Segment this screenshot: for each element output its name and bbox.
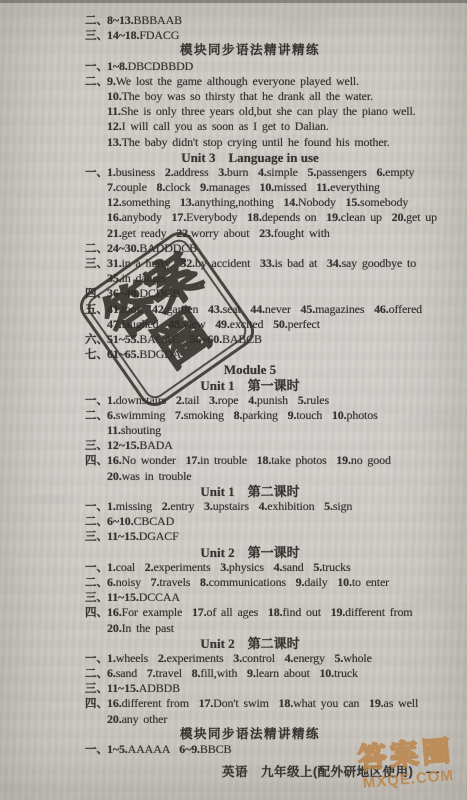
answer-text: 16.different from 17.Don't swim 18.what … xyxy=(107,696,418,710)
list-marker: 二、 xyxy=(85,75,107,90)
list-marker: 三、 xyxy=(85,591,107,606)
answer-line: 二、6~10.CBCAD xyxy=(85,514,415,529)
answer-line: 二、6.noisy 7.travels 8.communications 9.d… xyxy=(85,575,415,590)
answer-text: 11~15.DCCAA xyxy=(107,590,180,604)
answer-text: 11.shouting xyxy=(107,423,161,437)
list-marker: 二、 xyxy=(85,667,107,682)
answer-line: 三、12~15.BADA xyxy=(85,438,415,453)
list-marker: 四、 xyxy=(85,697,107,712)
answer-line: 11.She is only three years old,but she c… xyxy=(85,104,415,119)
answer-text: 13.The baby didn't stop crying until he … xyxy=(107,135,390,149)
answer-text: 1.wheels 2.experiments 3.control 4.energ… xyxy=(107,651,372,665)
answer-line: 20.In the past xyxy=(85,621,415,636)
list-marker: 二、 xyxy=(85,576,107,591)
answer-text: 11~15.ADBDB xyxy=(107,681,180,695)
list-marker: 三、 xyxy=(85,257,107,272)
list-marker: 一、 xyxy=(85,500,107,515)
section-heading: Unit 1 第二课时 xyxy=(85,484,415,499)
answer-text: 20.was in trouble xyxy=(107,469,191,483)
answer-line: 二、9.We lost the game although everyone p… xyxy=(85,74,415,89)
answer-text: 12.something 13.anything,nothing 14.Nobo… xyxy=(107,195,408,209)
list-marker: 一、 xyxy=(85,743,107,758)
answer-text: 7.couple 8.clock 9.manages 10.missed 11.… xyxy=(107,180,380,194)
answer-text: 6.sand 7.travel 8.fill,with 9.learn abou… xyxy=(107,666,358,680)
answer-text: 10.The boy was so thirsty that he drank … xyxy=(107,89,373,103)
list-marker: 二、 xyxy=(85,515,107,530)
answer-text: 6~10.CBCAD xyxy=(107,514,174,528)
answer-text: 1.coal 2.experiments 3.physics 4.sand 5.… xyxy=(107,560,351,574)
answer-line: 11.shouting xyxy=(85,423,415,438)
list-marker: 四、 xyxy=(85,454,107,469)
answer-line: 12.I will call you as soon as I get to D… xyxy=(85,119,415,134)
list-marker: 一、 xyxy=(85,60,107,75)
answer-line: 三、14~18.FDACG xyxy=(85,28,415,43)
answer-line: 四、16.For example 17.of all ages 18.find … xyxy=(85,605,415,620)
answer-text: 21.get ready 22.worry about 23.fought wi… xyxy=(107,226,330,240)
answer-line: 21.get ready 22.worry about 23.fought wi… xyxy=(85,226,415,241)
list-marker: 一、 xyxy=(85,394,107,409)
list-marker: 二、 xyxy=(85,409,107,424)
answer-text: 12~15.BADA xyxy=(107,438,173,452)
answer-line: 四、16.different from 17.Don't swim 18.wha… xyxy=(85,696,415,711)
answer-line: 一、1.wheels 2.experiments 3.control 4.ene… xyxy=(85,651,415,666)
answer-text: 1.business 2.address 3.burn 4.simple 5.p… xyxy=(107,165,414,179)
answer-text: 16.For example 17.of all ages 18.find ou… xyxy=(107,605,413,619)
answer-text: 16.anybody 17.Everybody 18.depends on 19… xyxy=(107,210,437,224)
list-marker: 二、 xyxy=(85,14,107,29)
answer-text: 11~15.DGACF xyxy=(107,529,179,543)
section-heading: Unit 3 Language in use xyxy=(85,150,415,165)
answer-line: 12.something 13.anything,nothing 14.Nobo… xyxy=(85,195,415,210)
answer-line: 一、1.missing 2.entry 3.upstairs 4.exhibit… xyxy=(85,499,415,514)
answer-text: 12.I will call you as soon as I get to D… xyxy=(107,119,329,133)
answer-line: 20.was in trouble xyxy=(85,469,415,484)
answer-line: 一、1.business 2.address 3.burn 4.simple 5… xyxy=(85,165,415,180)
answer-line: 二、6.sand 7.travel 8.fill,with 9.learn ab… xyxy=(85,666,415,681)
list-marker: 三、 xyxy=(85,439,107,454)
list-marker: 四、 xyxy=(85,606,107,621)
section-heading: 模块同步语法精讲精练 xyxy=(85,43,415,58)
answer-text: 16.No wonder 17.in trouble 18.take photo… xyxy=(107,453,391,467)
answer-line: 三、11~15.DCCAA xyxy=(85,590,415,605)
answer-text: 9.We lost the game although everyone pla… xyxy=(107,74,359,88)
answer-line: 二、8~13.BBBAAB xyxy=(85,13,415,28)
answer-line: 一、1~8.DBCDBBDD xyxy=(85,59,415,74)
answer-text: 14~18.FDACG xyxy=(107,28,179,42)
answer-line: 13.The baby didn't stop crying until he … xyxy=(85,135,415,150)
answer-text: 6.noisy 7.travels 8.communications 9.dai… xyxy=(107,575,389,589)
answer-line: 16.anybody 17.Everybody 18.depends on 19… xyxy=(85,210,415,225)
answer-text: 20.In the past xyxy=(107,621,174,635)
section-heading: 模块同步语法精讲精练 xyxy=(85,727,415,742)
answer-line: 二、24~30.BADDDCB xyxy=(85,241,415,256)
answer-text: 1.missing 2.entry 3.upstairs 4.exhibitio… xyxy=(107,499,352,513)
answer-line: 四、16.No wonder 17.in trouble 18.take pho… xyxy=(85,453,415,468)
answer-line: 三、11~15.ADBDB xyxy=(85,681,415,696)
list-marker: 一、 xyxy=(85,652,107,667)
answer-line: 一、1.downstairs 2.tail 3.rope 4.punish 5.… xyxy=(85,393,415,408)
list-marker: 三、 xyxy=(85,682,107,697)
answer-text: 11.She is only three years old,but she c… xyxy=(107,104,416,118)
answer-line: 三、11~15.DGACF xyxy=(85,529,415,544)
list-marker: 一、 xyxy=(85,166,107,181)
answer-text: 20.any other xyxy=(107,712,167,726)
scanned-answer-page: 二、8~13.BBBAAB三、14~18.FDACG模块同步语法精讲精练一、1~… xyxy=(0,0,467,800)
site-logo-watermark: 答案圈 MXQE.COM xyxy=(346,735,467,793)
answer-text: 8~13.BBBAAB xyxy=(107,13,182,27)
section-heading: Unit 2 第二课时 xyxy=(85,636,415,651)
section-heading: Unit 2 第一课时 xyxy=(85,545,415,560)
list-marker: 一、 xyxy=(85,561,107,576)
list-marker: 三、 xyxy=(85,530,107,545)
answer-text: 1~5.AAAAA 6~9.BBCB xyxy=(107,742,231,756)
answer-line: 二、6.swimming 7.smoking 8.parking 9.touch… xyxy=(85,408,415,423)
list-marker: 三、 xyxy=(85,29,107,44)
answer-text: 1~8.DBCDBBDD xyxy=(107,59,193,73)
list-marker: 二、 xyxy=(85,242,107,257)
answer-line: 10.The boy was so thirsty that he drank … xyxy=(85,89,415,104)
answer-line: 20.any other xyxy=(85,712,415,727)
answer-text: 6.swimming 7.smoking 8.parking 9.touch 1… xyxy=(107,408,378,422)
answer-line: 一、1.coal 2.experiments 3.physics 4.sand … xyxy=(85,560,415,575)
answer-line: 7.couple 8.clock 9.manages 10.missed 11.… xyxy=(85,180,415,195)
list-marker: 七、 xyxy=(85,348,107,363)
